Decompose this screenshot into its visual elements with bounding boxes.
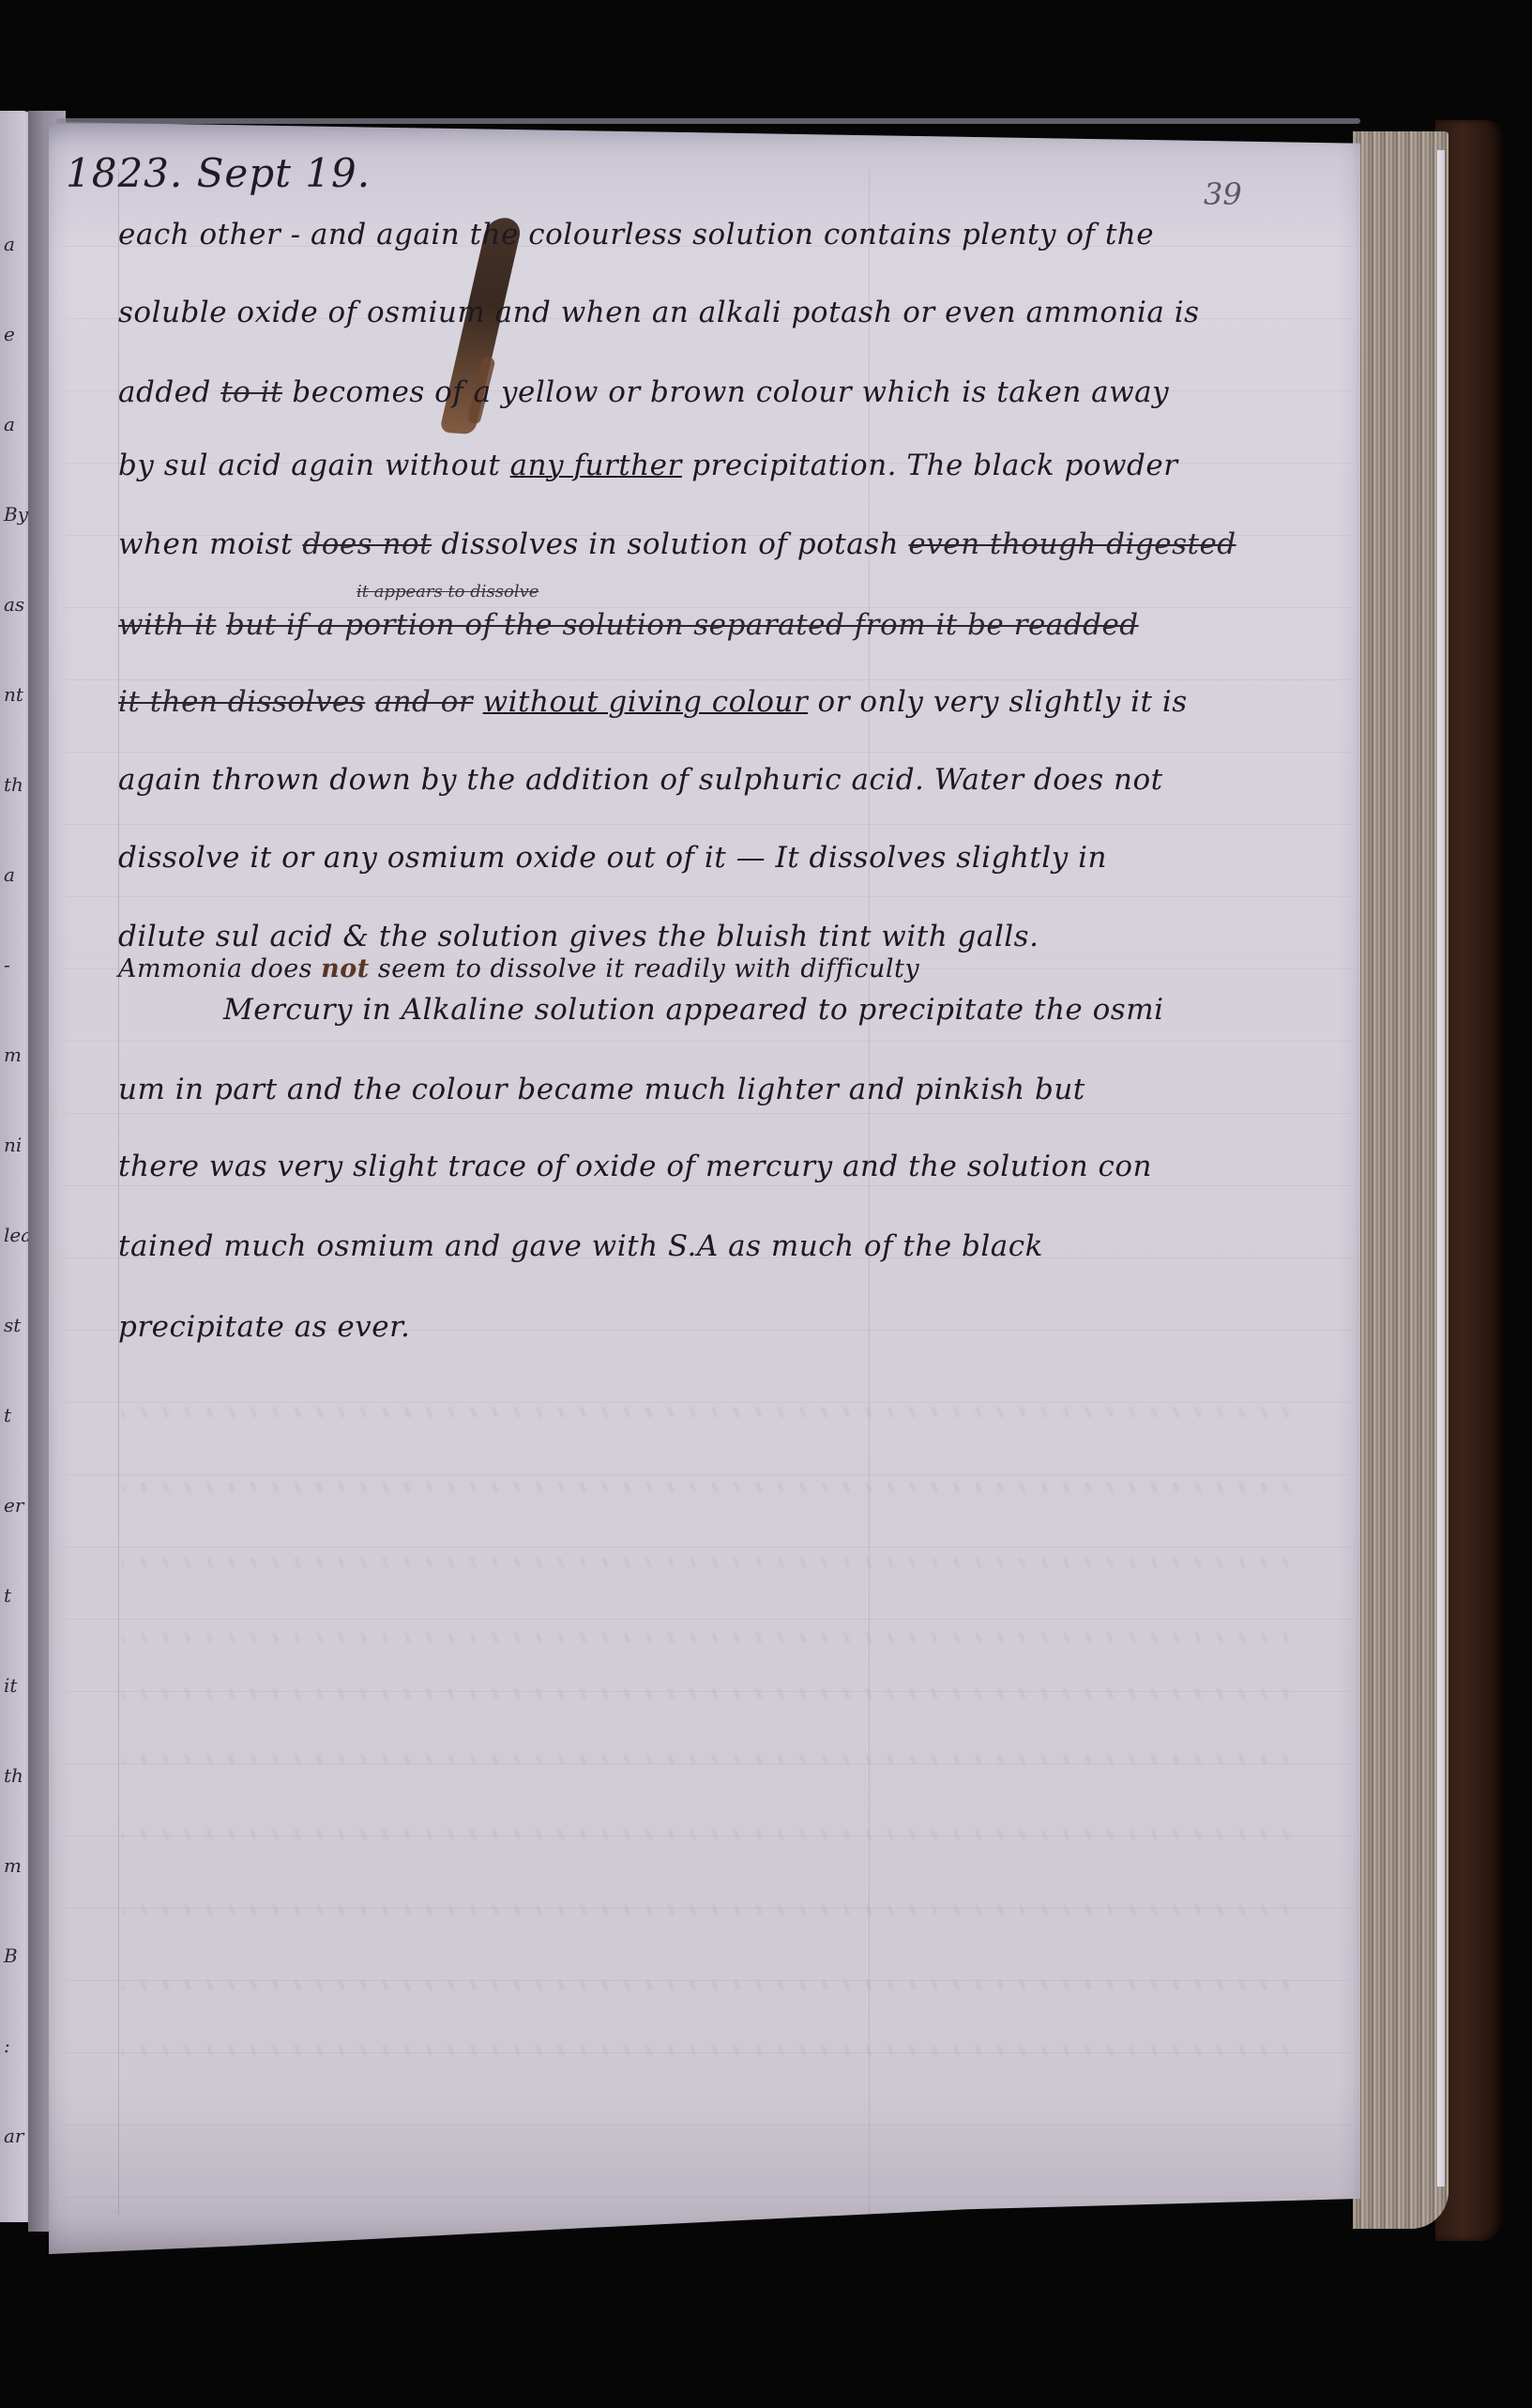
manuscript-line: with it but if a portion of the solution… — [118, 608, 1319, 642]
text-segment: seem to dissolve it readily with difficu… — [370, 954, 919, 983]
entry-date: 1823. Sept 19. — [66, 150, 371, 196]
left-page-fragment: nt — [4, 683, 23, 706]
struck-text: it then dissolves — [118, 685, 365, 719]
manuscript-line: dissolve it or any osmium oxide out of i… — [118, 841, 1319, 875]
ruled-line — [66, 1474, 1351, 1475]
manuscript-line: dilute sul acid & the solution gives the… — [118, 920, 1319, 953]
left-page-fragment: - — [4, 953, 10, 976]
left-page-fragment: a — [4, 233, 15, 255]
left-page-fragment: a — [4, 413, 15, 435]
ruled-line — [66, 824, 1351, 825]
manuscript-line: precipitate as ever. — [118, 1310, 1319, 1344]
manuscript-line: added to it becomes of a yellow or brown… — [118, 375, 1319, 409]
bleed-through-line — [122, 1483, 1304, 1492]
text-segment: precipitation. The black powder — [682, 449, 1178, 482]
manuscript-line: each other - and again the colourless so… — [118, 218, 1319, 251]
manuscript-line: tained much osmium and gave with S.A as … — [118, 1229, 1319, 1263]
left-page-fragment: a — [4, 863, 15, 886]
interlinear-correction: it appears to dissolve — [356, 582, 538, 602]
left-page-fragment: : — [4, 2035, 10, 2057]
manuscript-line: by sul acid again without any further pr… — [118, 449, 1319, 482]
ruled-line — [66, 896, 1351, 897]
ruled-line — [66, 1185, 1351, 1186]
struck-text: with it — [118, 608, 217, 642]
left-page-fragment: st — [4, 1314, 21, 1336]
left-page-fragment: t — [4, 1404, 11, 1426]
manuscript-page — [49, 122, 1360, 2254]
text-segment: there was very slight trace of oxide of … — [118, 1150, 1152, 1183]
text-segment: by sul acid again without — [118, 449, 510, 482]
text-segment: Mercury in Alkaline solution appeared to… — [223, 993, 1164, 1027]
bleed-through-line — [122, 1558, 1304, 1567]
left-page-fragment: er — [4, 1494, 23, 1516]
left-page-fragment: as — [4, 593, 24, 616]
underlined-text: without giving colour — [483, 685, 809, 719]
page-top-edge — [56, 118, 1360, 124]
text-segment — [365, 685, 374, 719]
ruled-line — [66, 2125, 1351, 2126]
ruled-line — [66, 1547, 1351, 1547]
text-segment: or only very slightly it is — [808, 685, 1187, 719]
bleed-through-line — [122, 1830, 1304, 1839]
folio-number: 39 — [1204, 176, 1242, 212]
struck-text: but if a portion of the solution separat… — [226, 608, 1139, 642]
left-page-fragment: th — [4, 773, 23, 796]
ruled-line — [66, 679, 1351, 680]
left-page-fragment: By — [4, 503, 28, 526]
text-segment: not — [321, 954, 370, 983]
struck-text: does not — [302, 527, 432, 561]
manuscript-line: it then dissolves and or without giving … — [118, 685, 1319, 719]
ruled-line — [66, 1402, 1351, 1403]
manuscript-line: when moist does not dissolves in solutio… — [118, 527, 1319, 561]
text-segment: added — [118, 375, 220, 409]
manuscript-line: soluble oxide of osmium and when an alka… — [118, 296, 1319, 329]
ruled-line — [66, 2197, 1351, 2198]
left-page-fragment: B — [4, 1944, 18, 1967]
text-segment: again thrown down by the addition of sul… — [118, 763, 1163, 797]
left-page-fragment: m — [4, 1854, 22, 1877]
bleed-through-line — [122, 1980, 1304, 1989]
bleed-through-line — [122, 1905, 1304, 1914]
text-segment: each other - and again the colourless so… — [118, 218, 1154, 251]
bleed-through-line — [122, 1633, 1304, 1642]
text-segment: dissolve it or any osmium oxide out of i… — [118, 841, 1107, 875]
ruled-line — [66, 1113, 1351, 1114]
ruled-line — [66, 1041, 1351, 1042]
text-segment: tained much osmium and gave with S.A as … — [118, 1229, 1043, 1263]
text-segment — [473, 685, 482, 719]
struck-text: and or — [375, 685, 474, 719]
left-page-fragment: m — [4, 1044, 22, 1066]
text-segment: um in part and the colour became much li… — [118, 1073, 1085, 1106]
left-page-fragment: t — [4, 1584, 11, 1607]
left-page-fragment: ar — [4, 2125, 23, 2147]
ruled-line — [66, 752, 1351, 753]
manuscript-line: there was very slight trace of oxide of … — [118, 1150, 1319, 1183]
text-segment — [217, 608, 226, 642]
bleed-through-line — [122, 1689, 1304, 1699]
text-segment: precipitate as ever. — [118, 1310, 410, 1344]
struck-text: even though digested — [908, 527, 1236, 561]
text-segment: dilute sul acid & the solution gives the… — [118, 920, 1039, 953]
struck-text: to it — [220, 375, 282, 409]
left-page-fragment: e — [4, 323, 15, 345]
page-edges — [1353, 131, 1449, 2229]
manuscript-line: again thrown down by the addition of sul… — [118, 763, 1319, 797]
bleed-through-line — [122, 2046, 1304, 2055]
left-page-fragment: ni — [4, 1134, 22, 1156]
manuscript-line: Mercury in Alkaline solution appeared to… — [223, 993, 1424, 1027]
text-segment: becomes of a yellow or brown colour whic… — [282, 375, 1169, 409]
text-segment: dissolves in solution of potash — [432, 527, 908, 561]
bleed-through-line — [122, 1408, 1304, 1417]
underlined-text: any further — [510, 449, 682, 482]
text-segment: when moist — [118, 527, 302, 561]
left-page-fragment: th — [4, 1764, 23, 1787]
text-segment: Ammonia does — [118, 954, 321, 983]
ruled-line — [66, 1619, 1351, 1620]
bleed-through-line — [122, 1755, 1304, 1764]
manuscript-line: um in part and the colour became much li… — [118, 1073, 1319, 1106]
manuscript-line: Ammonia does not seem to dissolve it rea… — [118, 954, 1319, 983]
text-segment: soluble oxide of osmium and when an alka… — [118, 296, 1200, 329]
left-page-fragment: it — [4, 1674, 17, 1697]
